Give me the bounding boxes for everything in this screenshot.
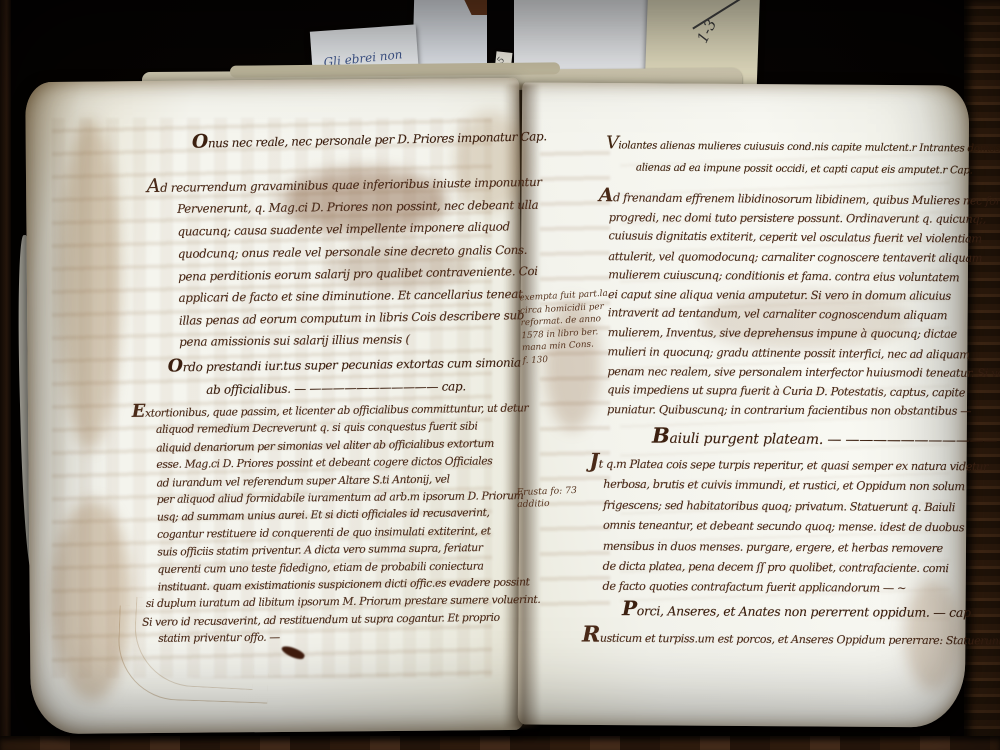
text-line: quodcunq; onus reale vel personale sine … bbox=[178, 238, 543, 264]
chapter-heading: Porci, Anseres, et Anates non pererrent … bbox=[622, 596, 975, 622]
paragraph: Ad frenandam effrenem libidinosorum libi… bbox=[597, 186, 1000, 422]
margin-note: exempta fuit part.lacirca homicidii perr… bbox=[519, 288, 611, 368]
pen-mark: 1-3 bbox=[693, 16, 720, 46]
text-line: Violantes alienas mulieres cuiusuis cond… bbox=[606, 132, 1000, 159]
text-line: penam nec realem, sive personalem interf… bbox=[607, 362, 1000, 383]
text-line: ei caput sine aliqua venia amputetur. Si… bbox=[608, 285, 1000, 306]
closing-line: Rusticum et turpiss.um est porcos, et An… bbox=[582, 622, 1000, 651]
chapter-heading: Baiuli purgent plateam. — ——————————— ca… bbox=[652, 423, 1000, 451]
text-line: puniatur. Quibuscunq; in contrarium faci… bbox=[607, 400, 1000, 421]
text-line: Jt q.m Platea cois sepe turpis reperitur… bbox=[589, 451, 988, 478]
text-line: progredi, nec domi tuto persistere possu… bbox=[609, 208, 1000, 229]
text-line: alienas ad ea impune possit occidi, et c… bbox=[636, 157, 1000, 182]
text-line: additio bbox=[517, 497, 578, 511]
wood-table-edge-bottom bbox=[0, 736, 1000, 750]
paragraph: Ad recurrendum gravaminibus quae inferio… bbox=[147, 169, 545, 355]
margin-note: Frusta fo: 73additio bbox=[517, 485, 578, 511]
wood-table-edge-left bbox=[0, 0, 11, 750]
chapter-heading: Violantes alienas mulieres cuiusuis cond… bbox=[606, 132, 1000, 181]
text-line: mensibus in duos menses. purgare, ergere… bbox=[603, 536, 988, 559]
text-line: de dicta platea, pena decem ſſ pro quoli… bbox=[603, 557, 988, 580]
paragraph: Extortionibus, quae passim, et licenter … bbox=[132, 398, 541, 648]
paragraph: Jt q.m Platea cois sepe turpis reperitur… bbox=[588, 451, 988, 601]
text-line: applicari de facto et sine diminutione. … bbox=[178, 283, 543, 309]
text-line: herbosa, brutis et cuivis immundi, et ru… bbox=[603, 475, 988, 498]
chapter-heading: Ordo prestandi iur.tus super pecunias ex… bbox=[168, 351, 522, 403]
text-line: mulierem, Inventus, sive deprehensus imp… bbox=[608, 324, 1000, 345]
manuscript-photo: 1-3 2 Gli ebrei noncomune le 5 Onus nec … bbox=[0, 0, 1000, 750]
text-line: Pervenerunt, q. Mag.ci D. Priores non po… bbox=[177, 194, 542, 220]
text-line: Ordo prestandi iur.tus super pecunias ex… bbox=[168, 351, 521, 380]
text-line: pena amissionis sui salarij illius mensi… bbox=[179, 327, 544, 353]
text-line: frigescens; sed habitatoribus quoq; priv… bbox=[603, 496, 988, 519]
text-line: mulieri in quocunq; gradu attinente poss… bbox=[607, 342, 1000, 365]
text-line: omnis teneantur, et debeant secundo quoq… bbox=[603, 516, 988, 539]
text-line: attulerit, vel quomodocunq; carnaliter c… bbox=[608, 247, 1000, 268]
text-line: Ad frenandam effrenem libidinosorum libi… bbox=[599, 186, 1000, 211]
text-line: cuiusuis dignitatis extiterit, ceperit v… bbox=[609, 227, 1000, 250]
text-line: Frusta fo: 73 bbox=[517, 485, 578, 499]
